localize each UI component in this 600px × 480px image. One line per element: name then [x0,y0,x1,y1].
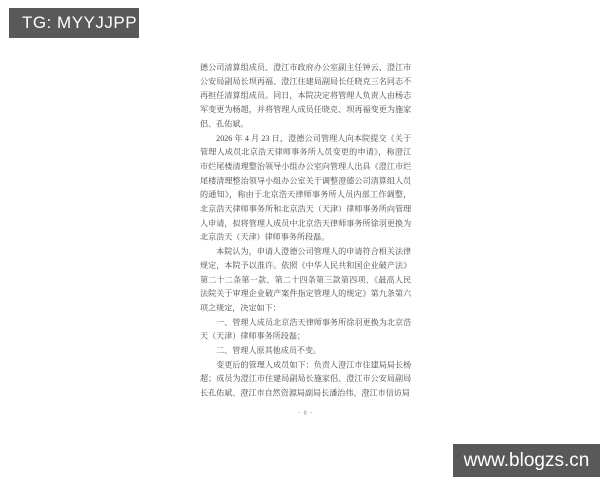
document-paragraph: 德公司清算组成员、澄江市政府办公室副主任钟云、澄江市公安局副局长坝再福、澄江住建… [200,61,411,132]
document-paragraph: 变更后的管理人成员如下：负责人澄江市住建局局长杨超；成员为澄江市住建局副局长施家… [200,358,411,400]
watermark-website-badge: www.blogzs.cn [453,444,600,477]
document-paragraph: 本院认为，申请人澄德公司管理人的申请符合相关法律规定，本院予以准许。依照《中华人… [200,245,411,316]
page-number: - 8 - [200,409,411,417]
document-page: 德公司清算组成员、澄江市政府办公室副主任钟云、澄江市公安局副局长坝再福、澄江住建… [200,61,411,417]
document-paragraph: 二、管理人原其他成员不变。 [200,344,411,358]
screenshot-background: TG: MYYJJPP 德公司清算组成员、澄江市政府办公室副主任钟云、澄江市公安… [0,0,600,480]
document-paragraph: 2026 年 4 月 23 日，澄德公司管理人向本院提交《关于管理人成员北京浩天… [200,132,411,245]
watermark-telegram-badge: TG: MYYJJPP [9,8,139,38]
document-paragraph: 一、管理人成员北京浩天律师事务所徐羽更换为北京浩天（天津）律师事务所段磊； [200,316,411,344]
